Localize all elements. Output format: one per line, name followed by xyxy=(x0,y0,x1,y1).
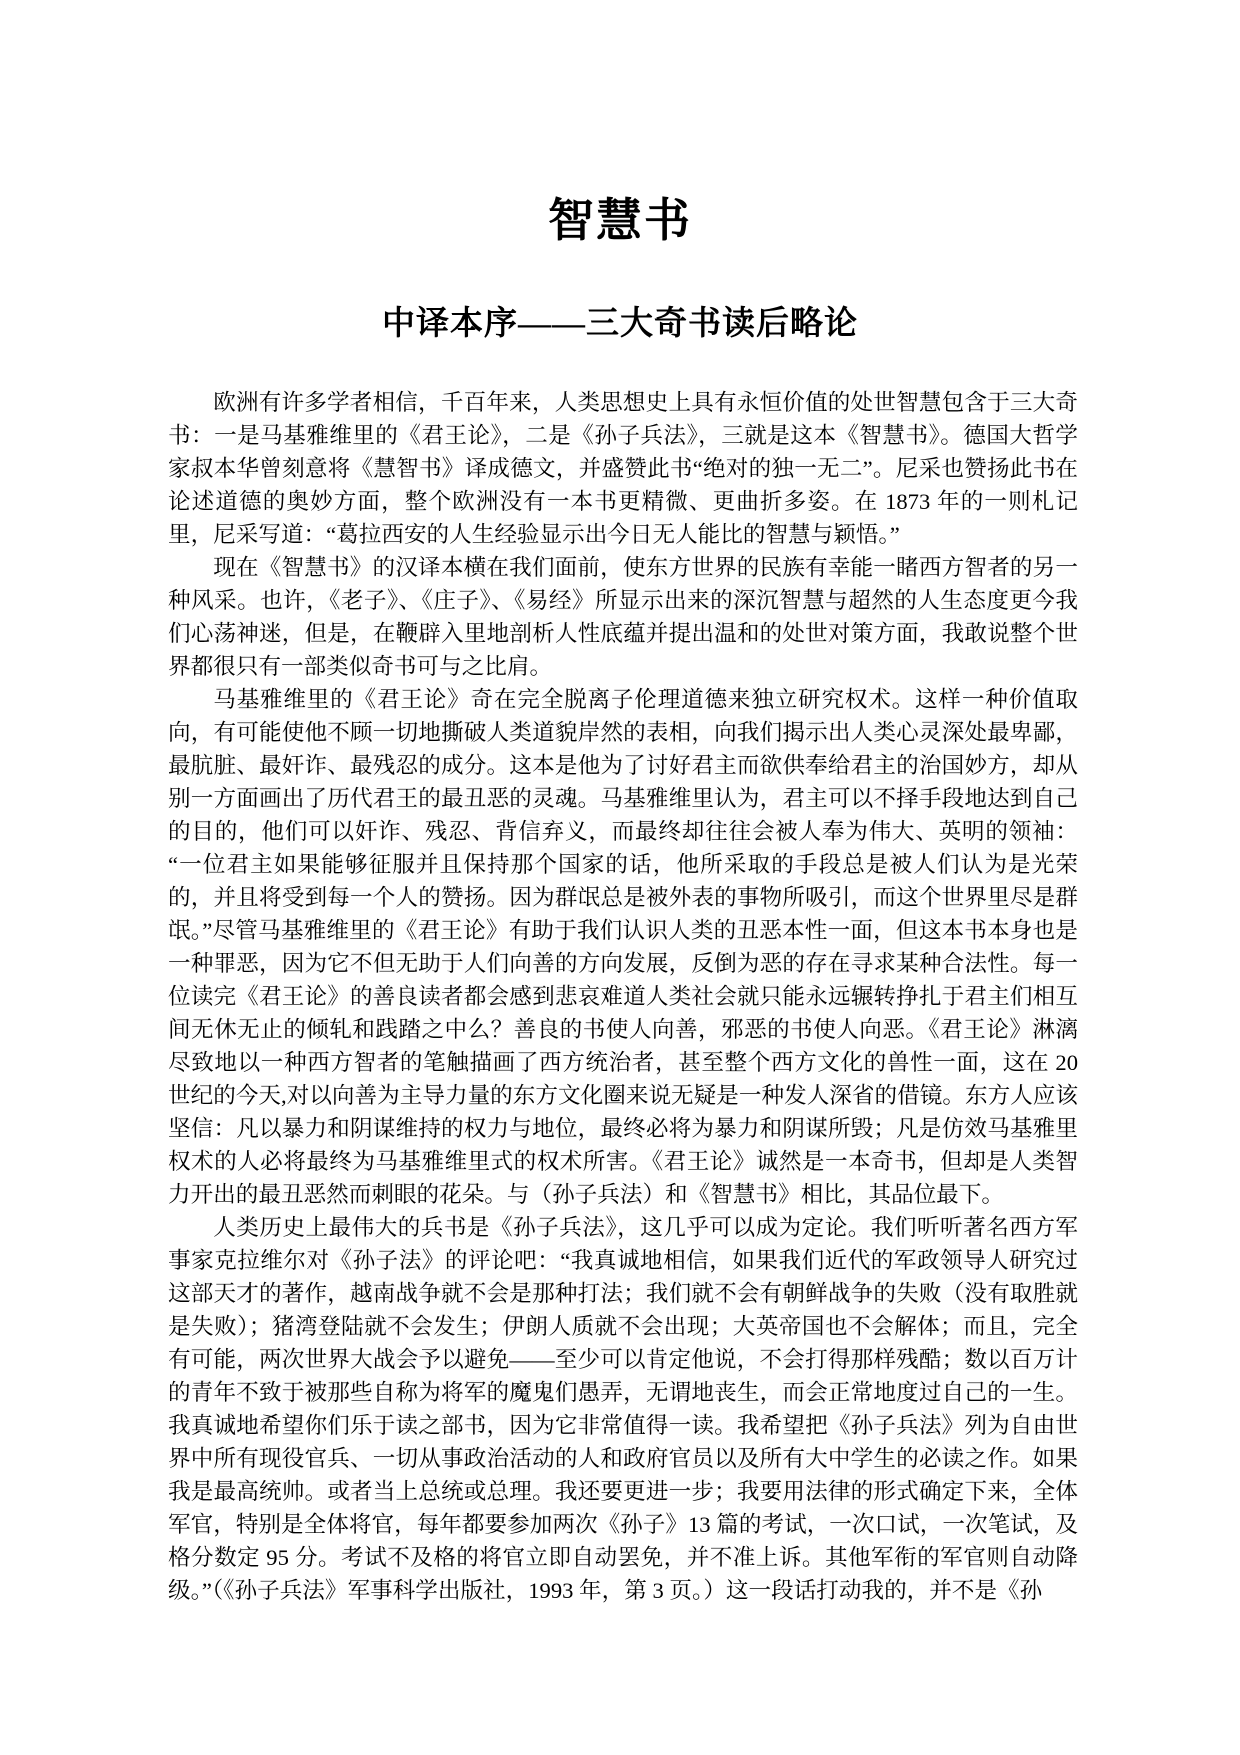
paragraph-2: 现在《智慧书》的汉译本横在我们面前，使东方世界的民族有幸能一睹西方智者的另一种风… xyxy=(168,551,1078,683)
document-subtitle: 中译本序——三大奇书读后略论 xyxy=(0,306,1240,344)
document-page: 智慧书 中译本序——三大奇书读后略论 欧洲有许多学者相信，千百年来，人类思想史上… xyxy=(0,0,1240,1755)
document-body: 欧洲有许多学者相信，千百年来，人类思想史上具有永恒价值的处世智慧包含于三大奇书：… xyxy=(168,386,1078,1607)
paragraph-1: 欧洲有许多学者相信，千百年来，人类思想史上具有永恒价值的处世智慧包含于三大奇书：… xyxy=(168,386,1078,551)
paragraph-3: 马基雅维里的《君王论》奇在完全脱离子伦理道德来独立研究权术。这样一种价值取向，有… xyxy=(168,683,1078,1211)
paragraph-4: 人类历史上最伟大的兵书是《孙子兵法》，这几乎可以成为定论。我们听听著名西方军事家… xyxy=(168,1211,1078,1607)
document-title: 智慧书 xyxy=(0,196,1240,247)
